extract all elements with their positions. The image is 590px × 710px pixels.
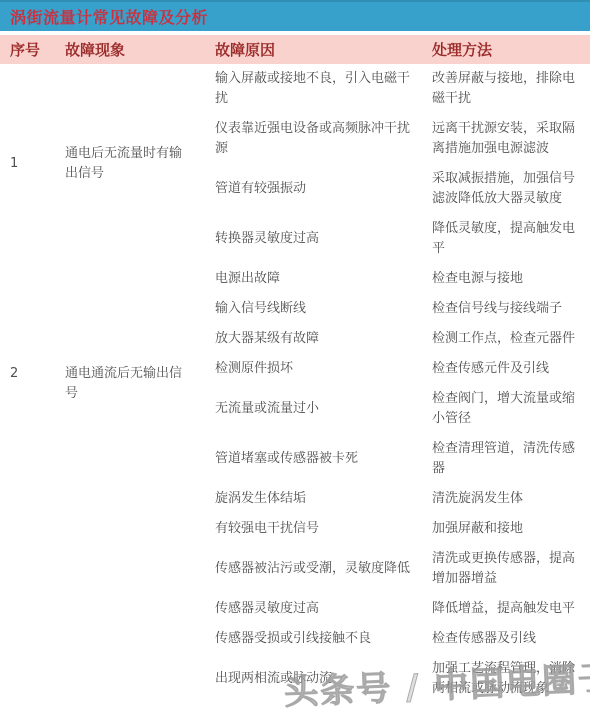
cause-solution-row: 输入信号线断线检查信号线与接线端子 bbox=[210, 294, 590, 324]
cause-solution-row: 旋涡发生体结垢清洗旋涡发生体 bbox=[210, 484, 590, 514]
cause-cell: 管道堵塞或传感器被卡死 bbox=[210, 449, 430, 469]
cause-solution-row: 出现两相流或脉动流加强工艺流程管理，消除两相流或脉动流现象 bbox=[210, 654, 590, 704]
cause-cell: 旋涡发生体结垢 bbox=[210, 489, 430, 509]
seq-value: 2 bbox=[10, 364, 58, 384]
cause-cell: 无流量或流量过小 bbox=[210, 399, 430, 419]
seq-cell: 1 bbox=[0, 64, 58, 264]
cause-solution-row: 传感器受损或引线接触不良检查传感器及引线 bbox=[210, 624, 590, 654]
solution-cell: 检查信号线与接线端子 bbox=[430, 299, 590, 319]
solution-cell: 远离干扰源安装，采取隔离措施加强电源滤波 bbox=[430, 119, 590, 159]
cause-solution-row: 检测原件损坏检查传感元件及引线 bbox=[210, 354, 590, 384]
cause-cell: 仪表靠近强电设备或高频脉冲干扰源 bbox=[210, 119, 430, 159]
solution-cell: 采取减振措施，加强信号滤波降低放大器灵敏度 bbox=[430, 169, 590, 209]
cause-cell: 出现两相流或脉动流 bbox=[210, 669, 430, 689]
cause-cell: 输入屏蔽或接地不良，引入电磁干扰 bbox=[210, 69, 430, 109]
solution-cell: 检查清理管道，清洗传感器 bbox=[430, 439, 590, 479]
cause-solution-row: 电源出故障检查电源与接地 bbox=[210, 264, 590, 294]
column-header-seq: 序号 bbox=[0, 39, 58, 60]
table-body: 1通电后无流量时有输出信号输入屏蔽或接地不良，引入电磁干扰改善屏蔽与接地，排除电… bbox=[0, 64, 590, 708]
cause-cell: 检测原件损坏 bbox=[210, 359, 430, 379]
cause-cell: 传感器被沾污或受潮，灵敏度降低 bbox=[210, 559, 430, 579]
phenomenon-text: 通电后无流量时有输出信号 bbox=[65, 144, 190, 184]
solution-cell: 检查传感器及引线 bbox=[430, 629, 590, 649]
solution-cell: 清洗或更换传感器，提高增加器增益 bbox=[430, 549, 590, 589]
column-header-solution: 处理方法 bbox=[430, 39, 590, 60]
solution-cell: 清洗旋涡发生体 bbox=[430, 489, 590, 509]
solution-cell: 改善屏蔽与接地，排除电磁干扰 bbox=[430, 69, 590, 109]
solution-cell: 加强屏蔽和接地 bbox=[430, 519, 590, 539]
solution-cell: 检查电源与接地 bbox=[430, 269, 590, 289]
seq-value: 1 bbox=[10, 154, 18, 174]
cause-cell: 管道有较强振动 bbox=[210, 179, 430, 199]
solution-cell: 加强工艺流程管理，消除两相流或脉动流现象 bbox=[430, 659, 590, 699]
table-header-row: 序号 故障现象 故障原因 处理方法 bbox=[0, 35, 590, 64]
cause-solution-row: 传感器灵敏度过高降低增益，提高触发电平 bbox=[210, 594, 590, 624]
cause-solution-row: 放大器某级有故障检测工作点，检查元器件 bbox=[210, 324, 590, 354]
cause-solution-list: 电源出故障检查电源与接地输入信号线断线检查信号线与接线端子放大器某级有故障检测工… bbox=[210, 264, 590, 704]
cause-cell: 传感器灵敏度过高 bbox=[210, 599, 430, 619]
fault-row-group: 1通电后无流量时有输出信号输入屏蔽或接地不良，引入电磁干扰改善屏蔽与接地，排除电… bbox=[0, 64, 590, 264]
phenomenon-text: 通电通流后无输出信号 bbox=[65, 364, 190, 404]
fault-table-page: 涡街流量计常见故障及分析 序号 故障现象 故障原因 处理方法 1通电后无流量时有… bbox=[0, 0, 590, 710]
solution-cell: 检查传感元件及引线 bbox=[430, 359, 590, 379]
cause-cell: 有较强电干扰信号 bbox=[210, 519, 430, 539]
column-header-cause: 故障原因 bbox=[210, 39, 430, 60]
cause-solution-row: 管道有较强振动采取减振措施，加强信号滤波降低放大器灵敏度 bbox=[210, 164, 590, 214]
page-title: 涡街流量计常见故障及分析 bbox=[10, 5, 208, 28]
cause-cell: 电源出故障 bbox=[210, 269, 430, 289]
cause-cell: 输入信号线断线 bbox=[210, 299, 430, 319]
solution-cell: 检查阀门，增大流量或缩小管径 bbox=[430, 389, 590, 429]
seq-cell: 2 bbox=[0, 264, 58, 704]
cause-solution-row: 有较强电干扰信号加强屏蔽和接地 bbox=[210, 514, 590, 544]
cause-solution-row: 管道堵塞或传感器被卡死检查清理管道，清洗传感器 bbox=[210, 434, 590, 484]
cause-solution-row: 转换器灵敏度过高降低灵敏度，提高触发电平 bbox=[210, 214, 590, 264]
cause-solution-list: 输入屏蔽或接地不良，引入电磁干扰改善屏蔽与接地，排除电磁干扰仪表靠近强电设备或高… bbox=[210, 64, 590, 264]
phenomenon-cell: 通电后无流量时有输出信号 bbox=[58, 64, 210, 264]
cause-solution-row: 输入屏蔽或接地不良，引入电磁干扰改善屏蔽与接地，排除电磁干扰 bbox=[210, 64, 590, 114]
solution-cell: 检测工作点，检查元器件 bbox=[430, 329, 590, 349]
table-title-bar: 涡街流量计常见故障及分析 bbox=[0, 0, 590, 31]
column-header-phenomenon: 故障现象 bbox=[58, 39, 210, 60]
cause-solution-row: 仪表靠近强电设备或高频脉冲干扰源远离干扰源安装，采取隔离措施加强电源滤波 bbox=[210, 114, 590, 164]
cause-solution-row: 传感器被沾污或受潮，灵敏度降低清洗或更换传感器，提高增加器增益 bbox=[210, 544, 590, 594]
cause-cell: 传感器受损或引线接触不良 bbox=[210, 629, 430, 649]
fault-row-group: 2通电通流后无输出信号电源出故障检查电源与接地输入信号线断线检查信号线与接线端子… bbox=[0, 264, 590, 704]
solution-cell: 降低灵敏度，提高触发电平 bbox=[430, 219, 590, 259]
cause-cell: 放大器某级有故障 bbox=[210, 329, 430, 349]
cause-cell: 转换器灵敏度过高 bbox=[210, 229, 430, 249]
solution-cell: 降低增益，提高触发电平 bbox=[430, 599, 590, 619]
cause-solution-row: 无流量或流量过小检查阀门，增大流量或缩小管径 bbox=[210, 384, 590, 434]
phenomenon-cell: 通电通流后无输出信号 bbox=[58, 264, 210, 704]
